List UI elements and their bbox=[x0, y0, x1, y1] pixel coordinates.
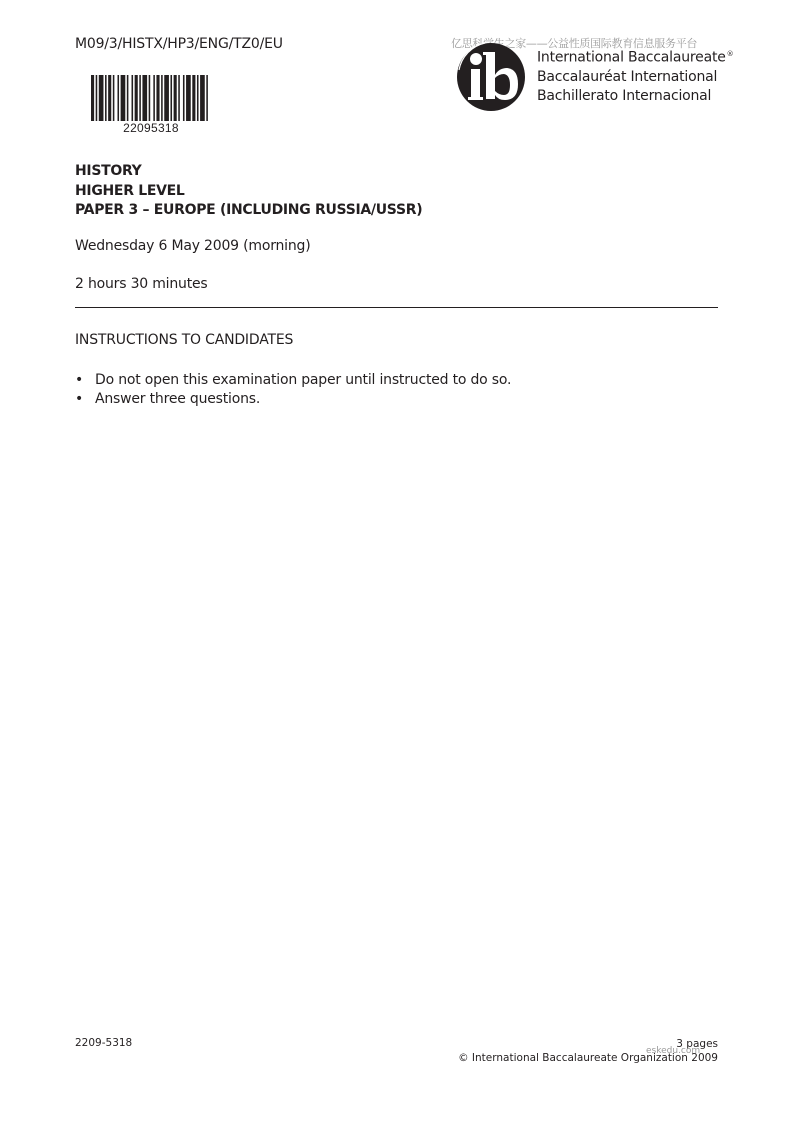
paper-title: PAPER 3 – EUROPE (INCLUDING RUSSIA/USSR) bbox=[75, 201, 422, 221]
organization-name-spanish: Bachillerato Internacional bbox=[537, 87, 733, 106]
instructions-list: • Do not open this examination paper unt… bbox=[75, 371, 511, 409]
registered-mark: ® bbox=[727, 50, 734, 58]
watermark-bottom: eskedu.com bbox=[646, 1046, 700, 1056]
subject-name: HISTORY bbox=[75, 162, 422, 182]
instruction-item: • Do not open this examination paper unt… bbox=[75, 371, 511, 390]
instruction-item: • Answer three questions. bbox=[75, 390, 511, 409]
subject-title-block: HISTORY HIGHER LEVEL PAPER 3 – EUROPE (I… bbox=[75, 162, 422, 221]
bullet-icon: • bbox=[75, 390, 83, 409]
exam-date: Wednesday 6 May 2009 (morning) bbox=[75, 238, 311, 254]
exam-code: M09/3/HISTX/HP3/ENG/TZ0/EU bbox=[75, 36, 283, 52]
footer-code: 2209-5318 bbox=[75, 1037, 132, 1049]
subject-level: HIGHER LEVEL bbox=[75, 182, 422, 202]
instruction-text: Answer three questions. bbox=[95, 391, 260, 407]
organization-name-french: Baccalauréat International bbox=[537, 68, 733, 87]
organization-name-english: International Baccalaureate® bbox=[537, 45, 733, 68]
barcode-number: 22095318 bbox=[91, 121, 211, 135]
exam-duration: 2 hours 30 minutes bbox=[75, 276, 208, 292]
bullet-icon: • bbox=[75, 371, 83, 390]
instructions-heading: INSTRUCTIONS TO CANDIDATES bbox=[75, 332, 293, 348]
divider bbox=[75, 307, 718, 308]
instruction-text: Do not open this examination paper until… bbox=[95, 372, 511, 388]
barcode-icon bbox=[91, 75, 211, 121]
ib-logo-icon bbox=[455, 40, 527, 112]
organization-names: International Baccalaureate® Baccalauréa… bbox=[537, 45, 733, 106]
